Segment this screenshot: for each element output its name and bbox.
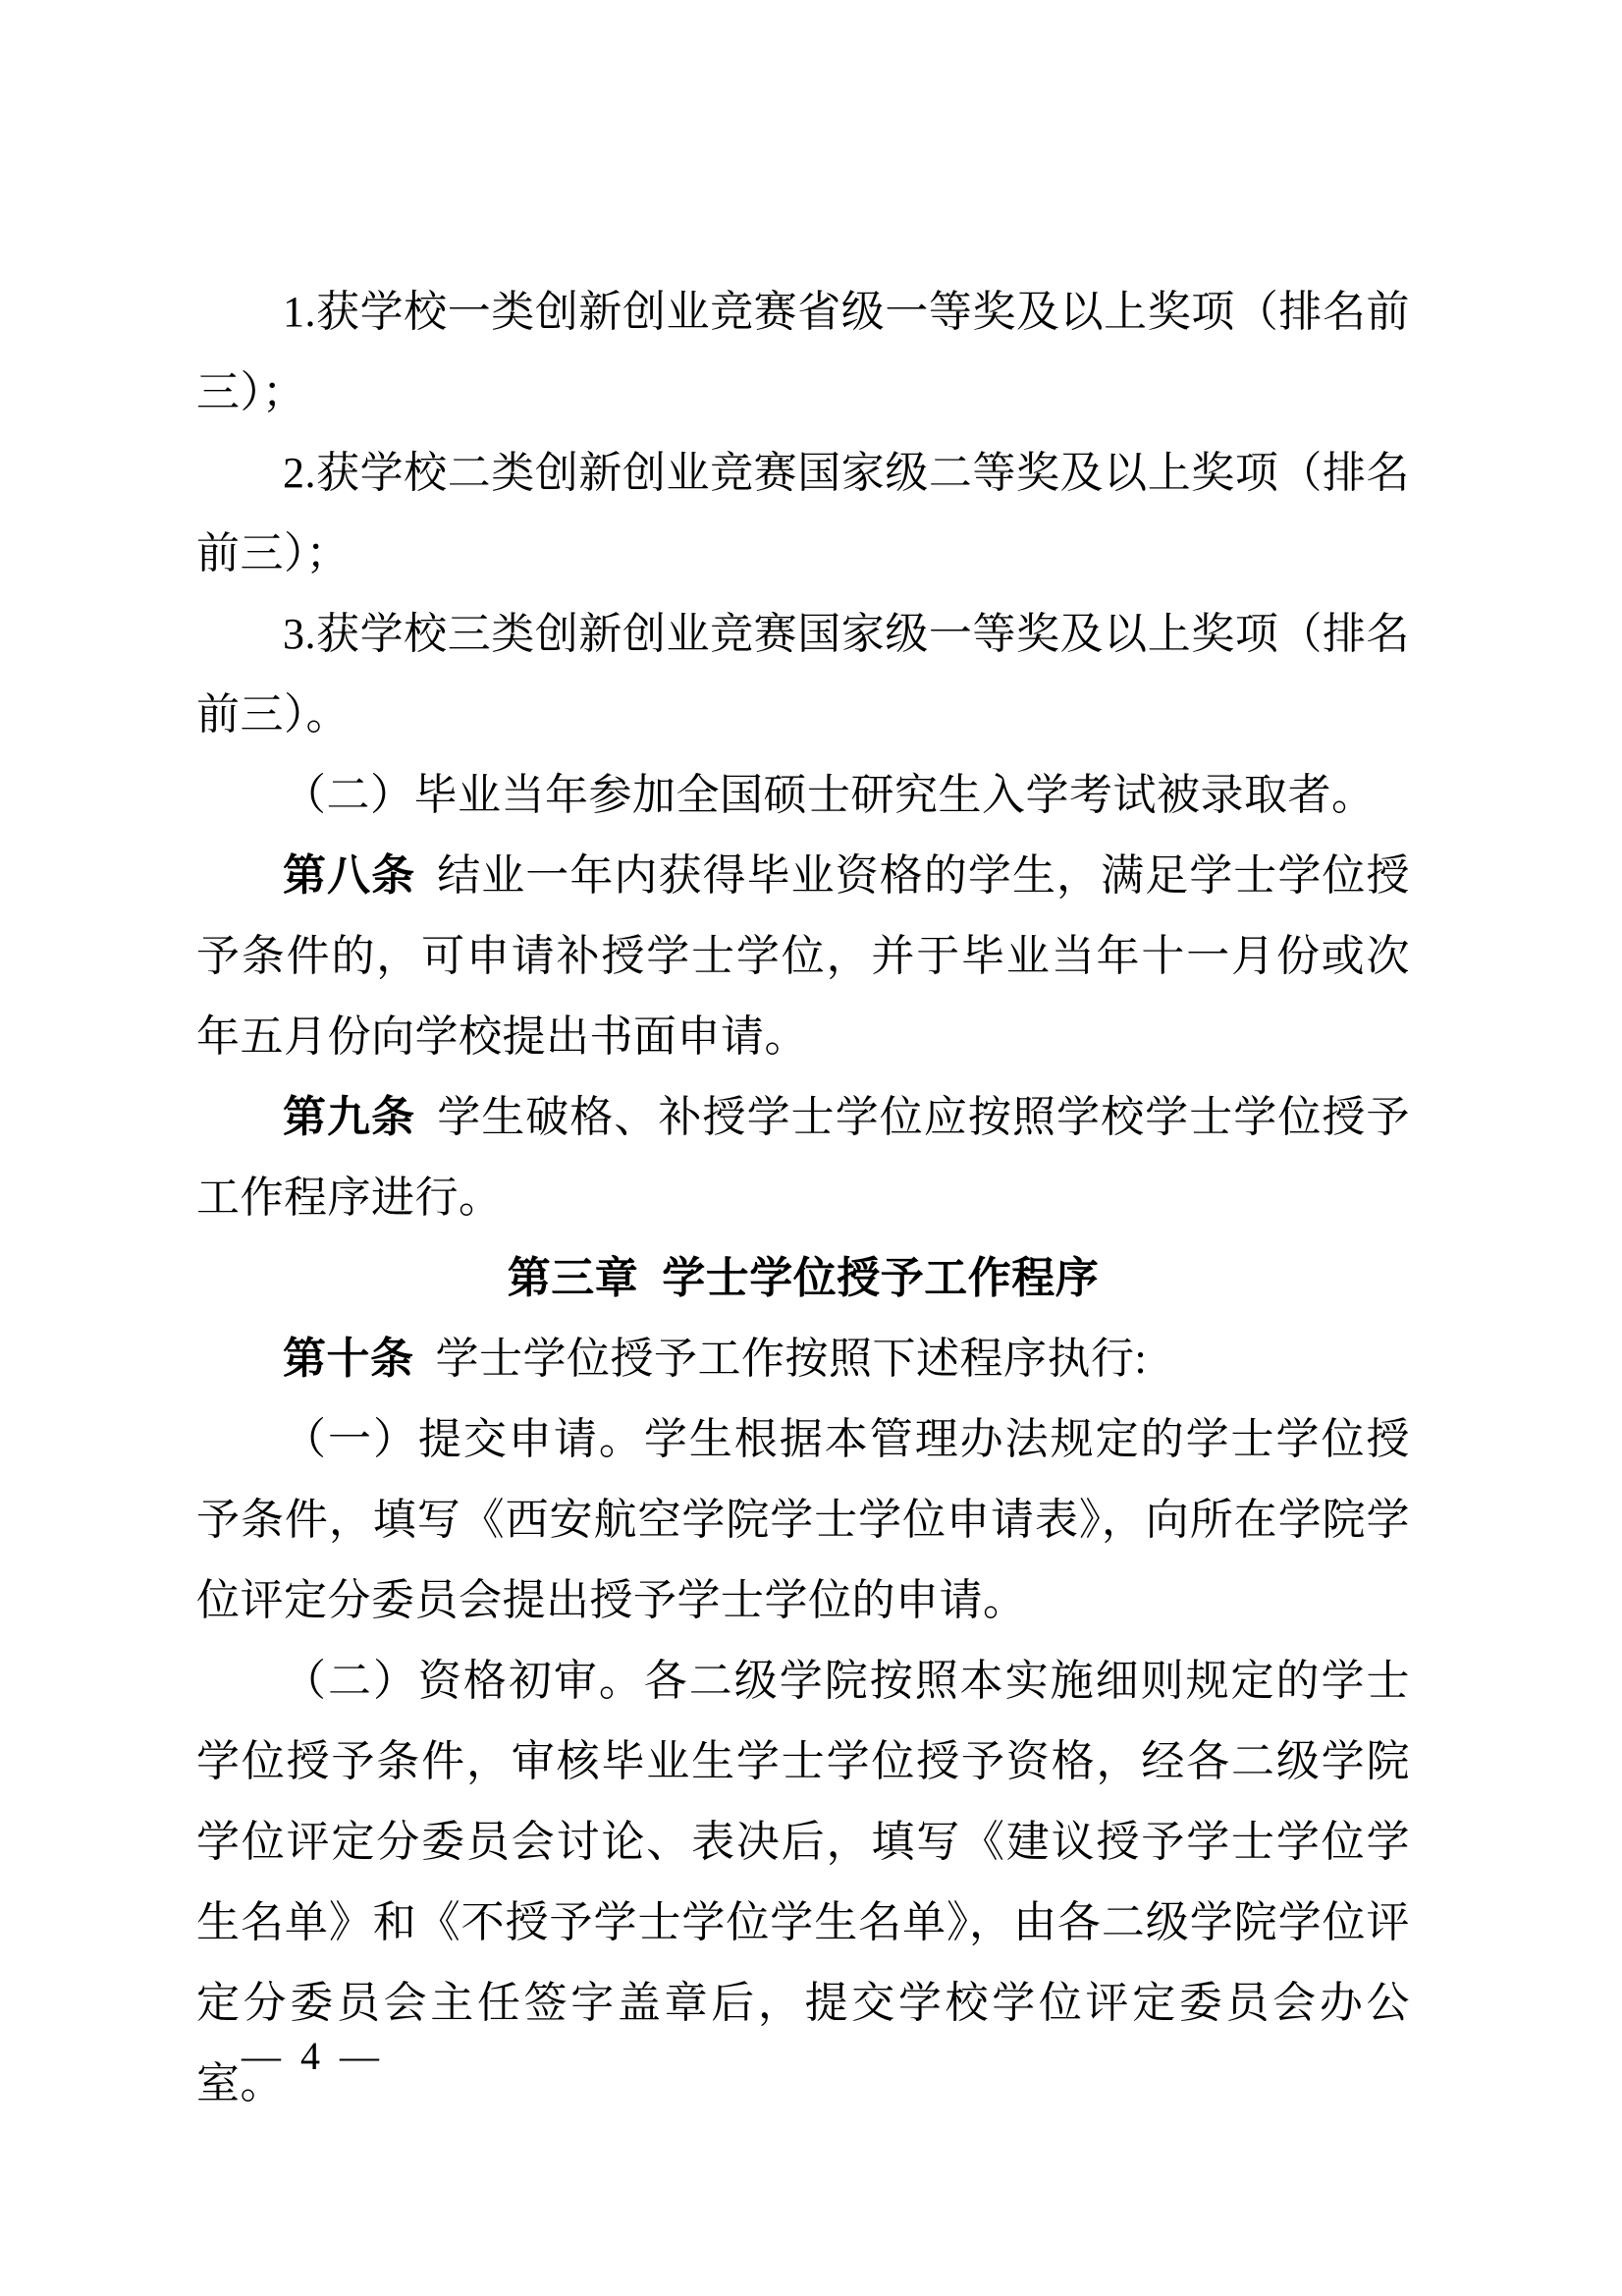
text-block: 1.获学校一类创新创业竞赛省级一等奖及以上奖项（排名前三）； 2.获学校二类创新…	[196, 272, 1410, 2124]
article-term: 第十条	[283, 1335, 414, 1383]
paragraph: （一）提交申请。学生根据本管理办法规定的学士学位授予条件，填写《西安航空学院学士…	[196, 1399, 1410, 1641]
chapter-heading: 第三章学士学位授予工作程序	[196, 1238, 1410, 1319]
paragraph: 1.获学校一类创新创业竞赛省级一等奖及以上奖项（排名前三）；	[196, 272, 1410, 433]
paragraph-text: 1.获学校一类创新创业竞赛省级一等奖及以上奖项（排名前三）；	[196, 288, 1410, 416]
paragraph: （二）毕业当年参加全国硕士研究生入学考试被录取者。	[196, 755, 1410, 836]
chapter-title: 学士学位授予工作程序	[662, 1254, 1099, 1302]
paragraph-text: （二）毕业当年参加全国硕士研究生入学考试被录取者。	[283, 771, 1376, 819]
paragraph-text: 2.获学校二类创新创业竞赛国家级二等奖及以上奖项（排名前三）；	[196, 449, 1410, 577]
paragraph-article-8: 第八条结业一年内获得毕业资格的学生，满足学士学位授予条件的，可申请补授学士学位，…	[196, 836, 1410, 1077]
chapter-number: 第三章	[508, 1254, 639, 1302]
page-number: — 4 —	[242, 2035, 384, 2078]
article-term: 第九条	[283, 1093, 415, 1141]
paragraph-article-10: 第十条学士学位授予工作按照下述程序执行:	[196, 1319, 1410, 1399]
paragraph-text: （一）提交申请。学生根据本管理办法规定的学士学位授予条件，填写《西安航空学院学士…	[196, 1415, 1410, 1624]
article-term: 第八条	[283, 851, 415, 900]
paragraph: 3.获学校三类创新创业竞赛国家级一等奖及以上奖项（排名前三）。	[196, 594, 1410, 755]
paragraph-text: 学士学位授予工作按照下述程序执行:	[436, 1335, 1148, 1383]
document-page: 1.获学校一类创新创业竞赛省级一等奖及以上奖项（排名前三）； 2.获学校二类创新…	[0, 0, 1622, 2296]
paragraph-text: 3.获学校三类创新创业竞赛国家级一等奖及以上奖项（排名前三）。	[196, 610, 1410, 738]
paragraph: 2.获学校二类创新创业竞赛国家级二等奖及以上奖项（排名前三）；	[196, 433, 1410, 594]
paragraph-article-9: 第九条学生破格、补授学士学位应按照学校学士学位授予工作程序进行。	[196, 1077, 1410, 1238]
